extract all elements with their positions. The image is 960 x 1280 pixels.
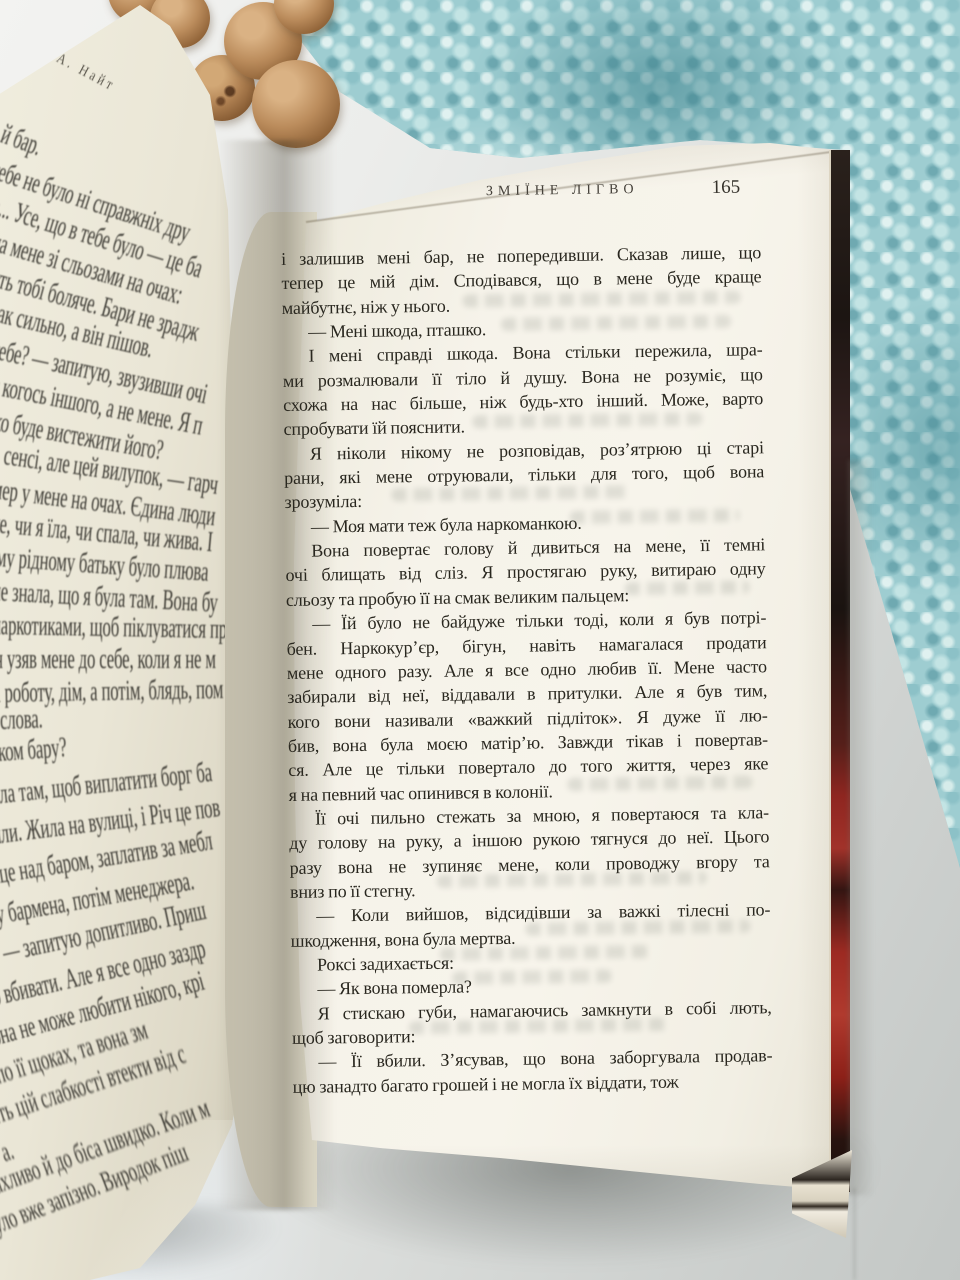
- left-page-text-line: ахливо й до біса швидко. Коли м: [0, 1093, 214, 1201]
- left-page-text-line: ять тобі боляче. Бари не зрадж: [0, 263, 202, 349]
- left-page-text-line: у бармена, потім менеджера.: [0, 865, 196, 931]
- right-running-head: ЗМІЇНЕ ЛІГВО: [442, 181, 682, 200]
- left-page-text-line: є когось іншого, а не мене. Я п: [0, 370, 205, 442]
- left-page-text-line: мер у мене на очах. Єдина люди: [0, 474, 217, 533]
- left-page-text-line: уло вже запізно. Виродок піш: [0, 1137, 192, 1241]
- left-page-text-line: в... Усе, що в тебе було — це ба: [0, 191, 206, 286]
- left-page-text-line: не знала, що я була там. Вона бу: [0, 576, 219, 620]
- show-through-text: [625, 580, 750, 595]
- left-page-text-line: ? — запитую допитливо. Приш: [0, 895, 209, 972]
- page-number: 165: [684, 177, 740, 200]
- left-page-text-line: му рідному батьку було плюва: [0, 542, 209, 589]
- show-through-text: [452, 969, 612, 984]
- left-page-text-line: ком бару?: [0, 732, 68, 769]
- left-page-text-line: і роботу, дім, а потім, блядь, пом: [0, 674, 223, 710]
- left-page-text-line: іть цій слабкості втекти від с: [0, 1039, 190, 1131]
- left-page-text-line: она не може любити нікого, крі: [0, 966, 208, 1054]
- left-page-text-line: ке, чи я їла, чи спала, чи жива. І: [0, 508, 214, 559]
- left-page-text-line: тебе? — запитую, звузивши очі: [0, 334, 210, 411]
- fore-edge-shadow: [848, 460, 874, 1195]
- left-page-text-line: сце над баром, заплатив за мебл: [0, 825, 215, 891]
- left-page-text-line: а.: [0, 1135, 18, 1169]
- left-page-text-line: сенсі, але цей вилупок, — гарч: [2, 440, 220, 502]
- left-page-text-line: или. Жила на вулиці, і Річ це пов: [0, 792, 222, 852]
- left-page-text-line: наркотиками, щоб піклуватися пр: [0, 610, 227, 646]
- left-page-text-line: слова.: [0, 704, 43, 737]
- right-page-text: ЗМІЇНЕ ЛІГВО 165 і залишив мені бар, не …: [281, 240, 773, 1107]
- left-page-text-line: й бар.: [0, 119, 46, 163]
- left-page-text-line: на мене зі сльозами на очах:: [0, 227, 186, 312]
- wooden-bead: [252, 60, 340, 148]
- left-page-text-line: ала там, щоб виплатити борг ба: [0, 757, 213, 812]
- left-page-text-line: по її щоках, та вона зм: [0, 1015, 151, 1092]
- show-through-text: [567, 775, 752, 791]
- left-page-text-line: о вбивати. Але я все одно заздр: [0, 933, 208, 1013]
- book-fore-edge-cover-strip: [829, 150, 850, 1192]
- show-through-text: [570, 509, 740, 524]
- left-page-text-line: ак сильно, а він пішов.: [0, 298, 156, 365]
- left-page-text-line: н узяв мене до себе, коли я не м: [0, 644, 216, 676]
- photo-open-book-scene: К. А. Найт й бар.тебе не було ні справжн…: [0, 0, 960, 1280]
- left-page-text-line: тебе не було ні справжніх дру: [0, 155, 194, 250]
- left-page-text-line: ко буде вистежити його?: [0, 406, 165, 467]
